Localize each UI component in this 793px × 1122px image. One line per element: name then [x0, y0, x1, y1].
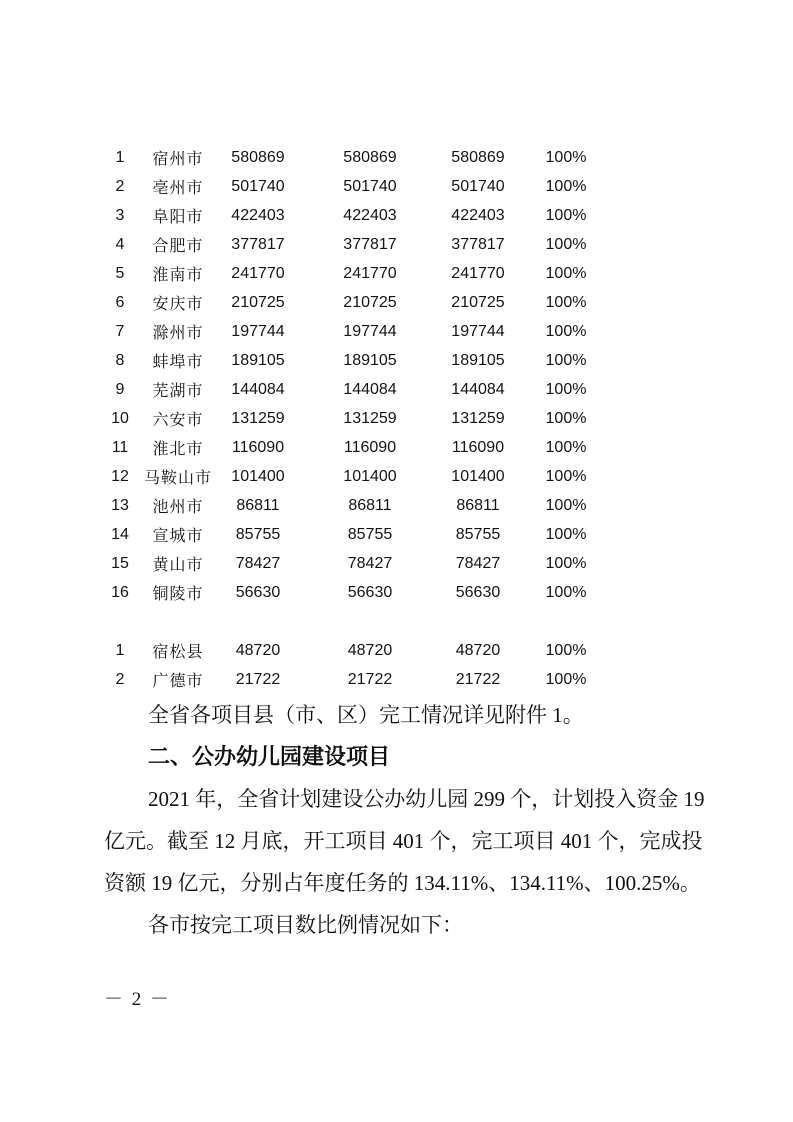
table-row: 1宿州市580869580869580869100%	[100, 143, 616, 172]
table-cell-v2: 78427	[300, 555, 440, 573]
table-cell-pct: 100%	[516, 236, 616, 254]
table-cell-idx: 7	[100, 323, 140, 341]
table-row: 8蚌埠市189105189105189105100%	[100, 346, 616, 375]
table-cell-idx: 3	[100, 207, 140, 225]
table-cell-v3: 189105	[440, 352, 516, 370]
table-cell-pct: 100%	[516, 468, 616, 486]
table-cell-pct: 100%	[516, 149, 616, 167]
table-cell-pct: 100%	[516, 642, 616, 660]
table-cell-v3: 86811	[440, 497, 516, 515]
table-cell-city: 六安市	[140, 407, 216, 430]
table-cell-idx: 8	[100, 352, 140, 370]
table-cell-v3: 241770	[440, 265, 516, 283]
table-cell-city: 安庆市	[140, 291, 216, 314]
table-row: 3阜阳市422403422403422403100%	[100, 201, 616, 230]
table-cell-v2: 189105	[300, 352, 440, 370]
table-row: 6安庆市210725210725210725100%	[100, 288, 616, 317]
table-cell-pct: 100%	[516, 265, 616, 283]
table-cell-v1: 116090	[216, 439, 300, 457]
table-cell-v1: 580869	[216, 149, 300, 167]
table-cell-city: 马鞍山市	[140, 465, 216, 488]
table-cell-v2: 56630	[300, 584, 440, 602]
body-line: 2021 年，全省计划建设公办幼儿园 299 个，计划投入资金 19	[104, 778, 704, 820]
table-cell-v3: 580869	[440, 149, 516, 167]
table-cell-idx: 5	[100, 265, 140, 283]
note-line: 全省各项目县（市、区）完工情况详见附件 1。	[104, 694, 704, 736]
table-row: 9芜湖市144084144084144084100%	[100, 375, 616, 404]
table-cell-v2: 210725	[300, 294, 440, 312]
table-row: 15黄山市784277842778427100%	[100, 549, 616, 578]
table-cell-v2: 144084	[300, 381, 440, 399]
table-cell-v2: 241770	[300, 265, 440, 283]
table-cell-pct: 100%	[516, 439, 616, 457]
table-cell-pct: 100%	[516, 584, 616, 602]
table-cell-idx: 14	[100, 526, 140, 544]
table-row: 2亳州市501740501740501740100%	[100, 172, 616, 201]
table-row: 2广德市217222172221722100%	[100, 665, 616, 694]
body-text-block: 全省各项目县（市、区）完工情况详见附件 1。 二、公办幼儿园建设项目 2021 …	[104, 694, 704, 946]
table-row: 13池州市868118681186811100%	[100, 491, 616, 520]
table-cell-v1: 197744	[216, 323, 300, 341]
table-cell-idx: 10	[100, 410, 140, 428]
table-cell-v2: 131259	[300, 410, 440, 428]
table-cell-idx: 4	[100, 236, 140, 254]
table-cell-pct: 100%	[516, 207, 616, 225]
table-row: 10六安市131259131259131259100%	[100, 404, 616, 433]
table-cell-v1: 78427	[216, 555, 300, 573]
city-rows-section: 1宿州市580869580869580869100%2亳州市5017405017…	[100, 143, 616, 607]
table-cell-v1: 86811	[216, 497, 300, 515]
table-row: 11淮北市116090116090116090100%	[100, 433, 616, 462]
table-cell-v2: 48720	[300, 642, 440, 660]
table-cell-v2: 101400	[300, 468, 440, 486]
table-cell-v1: 56630	[216, 584, 300, 602]
table-cell-v2: 377817	[300, 236, 440, 254]
table-cell-city: 池州市	[140, 494, 216, 517]
table-row: 7滁州市197744197744197744100%	[100, 317, 616, 346]
table-cell-v2: 85755	[300, 526, 440, 544]
table-cell-v1: 85755	[216, 526, 300, 544]
table-cell-v3: 116090	[440, 439, 516, 457]
table-cell-idx: 6	[100, 294, 140, 312]
table-cell-v1: 501740	[216, 178, 300, 196]
page-number: － 2 －	[104, 984, 171, 1011]
table-cell-pct: 100%	[516, 555, 616, 573]
table-cell-v3: 422403	[440, 207, 516, 225]
table-cell-v3: 131259	[440, 410, 516, 428]
table-cell-v3: 144084	[440, 381, 516, 399]
table-cell-v2: 116090	[300, 439, 440, 457]
table-cell-pct: 100%	[516, 671, 616, 689]
table-cell-v1: 210725	[216, 294, 300, 312]
table-cell-city: 黄山市	[140, 552, 216, 575]
table-cell-v2: 21722	[300, 671, 440, 689]
table-row: 12马鞍山市101400101400101400100%	[100, 462, 616, 491]
table-cell-v2: 422403	[300, 207, 440, 225]
closing-line: 各市按完工项目数比例情况如下：	[104, 904, 704, 946]
table-cell-pct: 100%	[516, 178, 616, 196]
body-line: 亿元。截至 12 月底，开工项目 401 个，完工项目 401 个，完成投	[104, 820, 704, 862]
table-cell-v3: 78427	[440, 555, 516, 573]
table-cell-v1: 144084	[216, 381, 300, 399]
table-cell-v3: 21722	[440, 671, 516, 689]
table-cell-pct: 100%	[516, 323, 616, 341]
table-cell-v2: 501740	[300, 178, 440, 196]
table-cell-v1: 189105	[216, 352, 300, 370]
table-cell-city: 淮南市	[140, 262, 216, 285]
table-row: 16铜陵市566305663056630100%	[100, 578, 616, 607]
table-cell-v3: 48720	[440, 642, 516, 660]
table-cell-city: 滁州市	[140, 320, 216, 343]
table-row: 14宣城市857558575585755100%	[100, 520, 616, 549]
table-cell-v3: 101400	[440, 468, 516, 486]
table-cell-idx: 2	[100, 671, 140, 689]
table-cell-v2: 86811	[300, 497, 440, 515]
table-row: 5淮南市241770241770241770100%	[100, 259, 616, 288]
table-cell-city: 宿州市	[140, 146, 216, 169]
table-cell-v1: 422403	[216, 207, 300, 225]
table-cell-v1: 377817	[216, 236, 300, 254]
table-cell-idx: 1	[100, 642, 140, 660]
table-cell-v3: 56630	[440, 584, 516, 602]
table-cell-pct: 100%	[516, 410, 616, 428]
completion-table: 1宿州市580869580869580869100%2亳州市5017405017…	[100, 143, 616, 694]
table-cell-v3: 501740	[440, 178, 516, 196]
table-cell-idx: 12	[100, 468, 140, 486]
table-row: 4合肥市377817377817377817100%	[100, 230, 616, 259]
table-cell-idx: 11	[100, 439, 140, 457]
table-cell-city: 阜阳市	[140, 204, 216, 227]
table-cell-city: 淮北市	[140, 436, 216, 459]
table-cell-v1: 48720	[216, 642, 300, 660]
table-cell-idx: 1	[100, 149, 140, 167]
table-cell-v3: 210725	[440, 294, 516, 312]
table-cell-pct: 100%	[516, 352, 616, 370]
table-cell-v2: 580869	[300, 149, 440, 167]
table-cell-idx: 2	[100, 178, 140, 196]
document-page: 1宿州市580869580869580869100%2亳州市5017405017…	[0, 0, 793, 1122]
table-cell-city: 亳州市	[140, 175, 216, 198]
table-cell-city: 宣城市	[140, 523, 216, 546]
table-cell-city: 宿松县	[140, 639, 216, 662]
table-cell-city: 铜陵市	[140, 581, 216, 604]
table-cell-pct: 100%	[516, 381, 616, 399]
table-cell-idx: 16	[100, 584, 140, 602]
table-cell-v1: 21722	[216, 671, 300, 689]
table-cell-city: 蚌埠市	[140, 349, 216, 372]
county-rows-section: 1宿松县487204872048720100%2广德市2172221722217…	[100, 636, 616, 694]
table-cell-v2: 197744	[300, 323, 440, 341]
table-cell-idx: 15	[100, 555, 140, 573]
table-cell-v3: 197744	[440, 323, 516, 341]
section-heading: 二、公办幼儿园建设项目	[104, 736, 704, 778]
table-cell-city: 广德市	[140, 668, 216, 691]
table-cell-city: 芜湖市	[140, 378, 216, 401]
body-line: 资额 19 亿元，分别占年度任务的 134.11%、134.11%、100.25…	[104, 862, 704, 904]
table-cell-v1: 101400	[216, 468, 300, 486]
table-cell-idx: 9	[100, 381, 140, 399]
table-cell-idx: 13	[100, 497, 140, 515]
table-cell-v3: 377817	[440, 236, 516, 254]
table-cell-v1: 241770	[216, 265, 300, 283]
table-row: 1宿松县487204872048720100%	[100, 636, 616, 665]
table-cell-pct: 100%	[516, 497, 616, 515]
table-section-gap	[100, 607, 616, 636]
table-cell-pct: 100%	[516, 526, 616, 544]
table-cell-v3: 85755	[440, 526, 516, 544]
table-cell-v1: 131259	[216, 410, 300, 428]
table-cell-pct: 100%	[516, 294, 616, 312]
table-cell-city: 合肥市	[140, 233, 216, 256]
